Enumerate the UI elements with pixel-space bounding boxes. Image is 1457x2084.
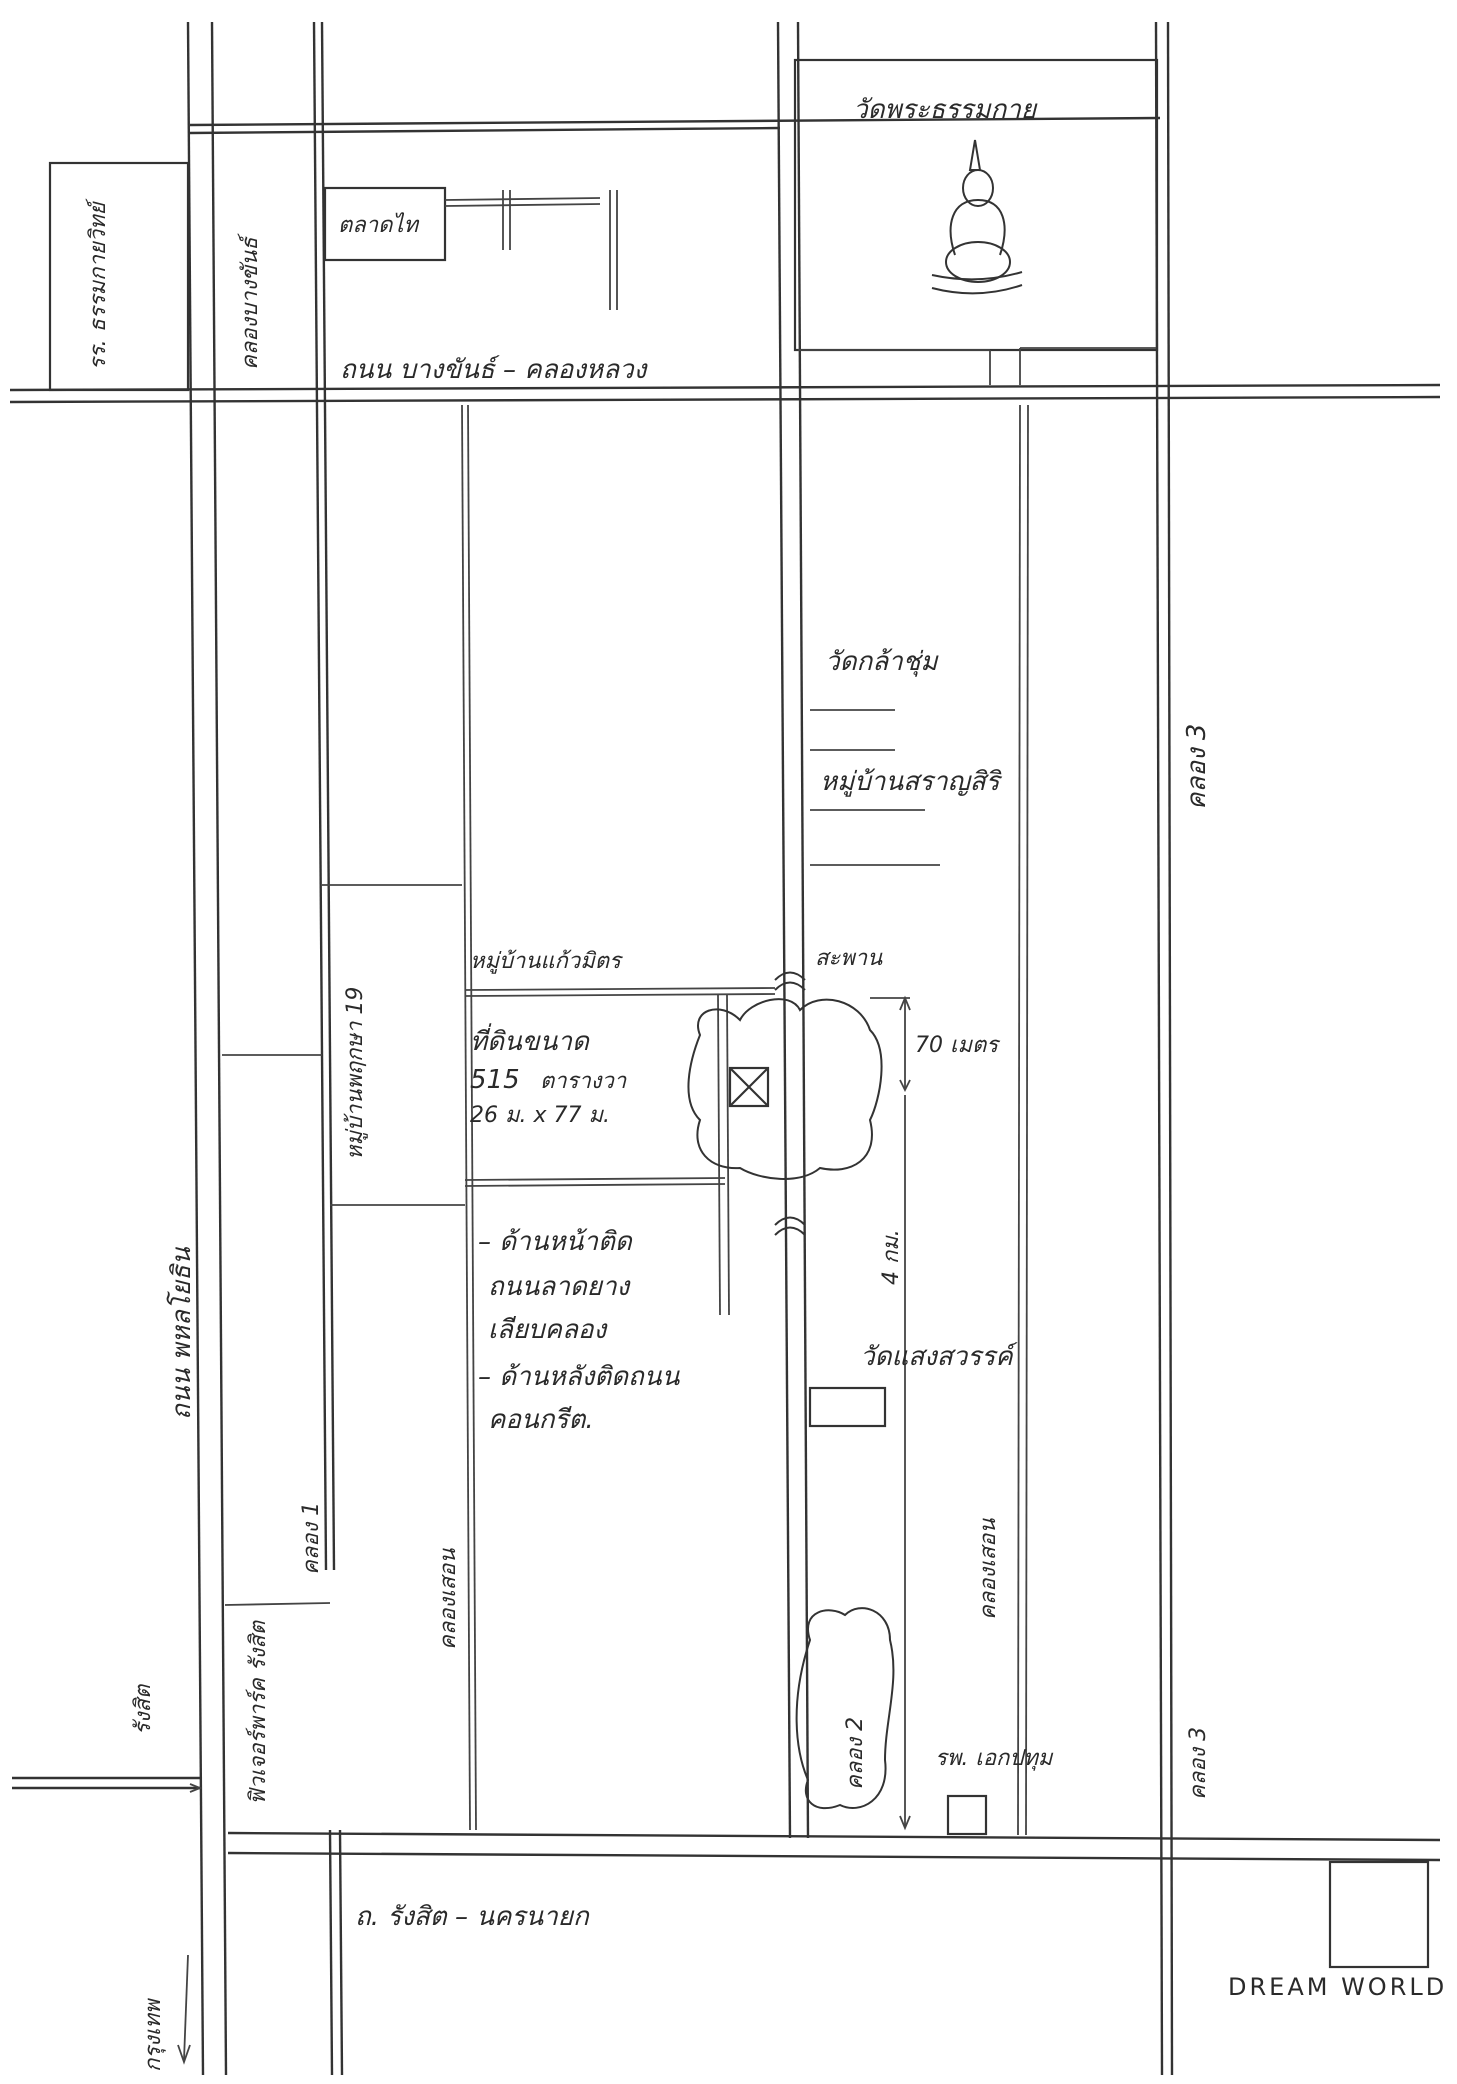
label-pathum-hospital: รพ. เอกปทุม — [935, 1746, 1054, 1771]
label-front-note-c: เลียบคลอง — [488, 1315, 608, 1345]
buddha-icon — [932, 140, 1022, 293]
label-wat-klang-chum: วัดกล้าชุ่ม — [825, 647, 939, 677]
label-rangsit-nakhon-nayok-road: ถ. รังสิต – นครนายก — [355, 1902, 590, 1932]
location-sketch-map: วัดพระธรรมกาย รร. ธรรมกายวิทย์ คลองบางขั… — [0, 0, 1457, 2084]
label-bang-khan-khlong-luang-road: ถนน บางขันธ์ – คลองหลวง — [340, 355, 649, 385]
label-property-line1: ที่ดินขนาด — [470, 1023, 590, 1057]
distance-70m-marker — [870, 998, 910, 1090]
label-dream-world: DREAM WORLD — [1228, 1973, 1447, 2001]
bang-khan-khlong-luang-road — [10, 385, 1440, 402]
label-phahon-yothin-road: ถนน พหลโยธิน — [166, 1246, 197, 1420]
label-rangsit: รังสิต — [131, 1683, 156, 1735]
label-back-note-b: คอนกรีต. — [488, 1405, 594, 1435]
label-moo-ban-pruksa-19: หมู่บ้านพฤกษา 19 — [343, 987, 368, 1160]
label-property-dims: 26 ม. x 77 ม. — [470, 1103, 610, 1128]
distance-4km-marker — [900, 1095, 910, 1828]
rangsit-nakhon-nayok-road — [228, 1833, 1440, 1860]
label-distance-4km: 4 กม. — [879, 1229, 904, 1285]
hospital-building — [948, 1796, 986, 1834]
bangkok-arrow-icon — [178, 1955, 190, 2062]
label-back-note-a: – ด้านหลังติดถนน — [478, 1362, 681, 1392]
label-front-note-b: ถนนลาดยาง — [488, 1272, 632, 1302]
khlong-2-road — [778, 22, 808, 1838]
label-khlong-3-bottom: คลอง 3 — [1186, 1727, 1211, 1800]
label-khlong-soi-left: คลองเสอน — [436, 1548, 461, 1650]
label-property-unit: ตารางวา — [540, 1069, 627, 1094]
bridge-icon — [775, 973, 805, 1236]
dream-world-lot — [1330, 1862, 1428, 1967]
khlong-3-road — [1156, 22, 1172, 2075]
label-distance-70m: 70 เมตร — [915, 1033, 1001, 1058]
label-khlong-1: คลอง 1 — [299, 1502, 324, 1575]
label-khlong-2: คลอง 2 — [843, 1717, 868, 1790]
label-moo-ban-sarasiri: หมู่บ้านสราญสิริ — [820, 767, 1003, 797]
wat-saeng-sawan-building — [810, 1388, 885, 1426]
label-khlong-3-top: คลอง 3 — [1182, 724, 1212, 810]
label-front-note-a: – ด้านหน้าติด — [478, 1227, 633, 1257]
label-dhammakaya-school: รร. ธรรมกายวิทย์ — [85, 198, 111, 370]
label-wat-phra-dhammakaya: วัดพระธรรมกาย — [853, 95, 1038, 125]
label-future-park-rangsit: ฟิวเจอร์พาร์ค รังสิต — [245, 1619, 271, 1805]
label-wat-saeng-sawan: วัดแสงสวรรค์ — [860, 1342, 1018, 1372]
label-bridge: สะพาน — [815, 946, 883, 971]
label-talad-thai: ตลาดไท — [338, 212, 419, 238]
label-khlong-soi-right: คลองเสอน — [976, 1518, 1001, 1620]
label-property-area: 515 — [470, 1065, 520, 1095]
phahon-yothin-road — [188, 22, 226, 2075]
label-moo-ban-kaew-mit: หมู่บ้านแก้วมิตร — [470, 949, 624, 974]
rangsit-road — [12, 1778, 200, 1788]
label-bangkok: กรุงเทพ — [141, 1997, 166, 2072]
khlong-bang-khan-road — [314, 22, 342, 2075]
dhammakaya-school-lot — [50, 163, 188, 390]
label-khlong-bang-khan: คลองบางขันธ์ — [237, 232, 263, 370]
